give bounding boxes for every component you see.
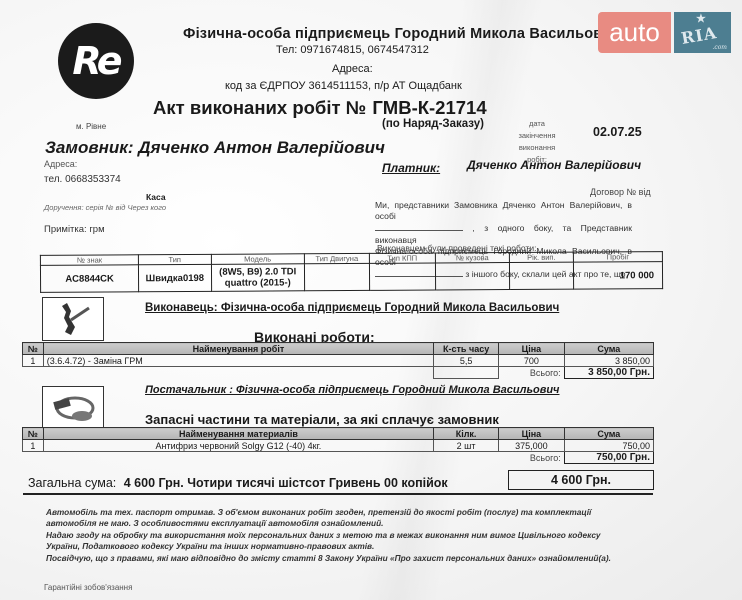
row-number: 1 <box>23 440 44 452</box>
works-total-label: Всього: <box>499 367 565 379</box>
works-header: К-сть часу <box>434 343 499 355</box>
works-header: Сума <box>564 343 653 355</box>
parts-header: Ціна <box>499 428 565 440</box>
year <box>509 262 573 289</box>
parts-total-row: Всього: 750,00 Грн. <box>23 452 654 464</box>
vehicle-header: Пробіг <box>573 252 662 263</box>
watermark-auto: auto <box>598 12 671 53</box>
customer-name: Замовник: Дяченко Антон Валерійович <box>45 138 385 158</box>
star-icon: ★ <box>696 12 706 25</box>
act-title-text: Акт виконаних робіт № <box>153 97 366 118</box>
act-number: ГМВ-К-21714 <box>372 97 486 118</box>
parts-header-row: № Найменування материалів Кілк. Ціна Сум… <box>23 428 654 440</box>
vehicle-model: (8W5, B9) 2.0 TDI quattro (2015-) <box>211 264 305 292</box>
table-row: 1 Антифриз червоний Solgy G12 (-40) 4кг.… <box>23 440 654 452</box>
vehicle-header: Тип <box>139 254 211 264</box>
body-number <box>435 263 509 290</box>
parts-header: Сума <box>564 428 653 440</box>
vehicle-header: Тип Двигуна <box>304 253 369 263</box>
customer-phone: тел. 0668353374 <box>44 174 121 185</box>
vehicle-type: Швидка0198 <box>139 264 212 291</box>
material-name: Антифриз червоний Solgy G12 (-40) 4кг. <box>43 440 433 452</box>
works-total-row: Всього: 3 850,00 Грн. <box>23 367 654 379</box>
payer-label: Платник: <box>382 161 440 175</box>
parts-total-label: Всього: <box>499 452 565 464</box>
disclaimer-line: Автомобіль та тех. паспорт отримав. З об… <box>46 507 654 518</box>
works-table: № Найменування робіт К-сть часу Ціна Сум… <box>22 342 654 379</box>
works-header: № <box>23 343 44 355</box>
sum: 3 850,00 <box>564 355 653 367</box>
payer-name: Дяченко Антон Валерійович <box>467 158 641 172</box>
city: м. Рівне <box>76 122 106 131</box>
autoria-watermark: auto ★ RIA .com <box>598 12 731 53</box>
grand-total-box: 4 600 Грн. <box>508 470 654 490</box>
disclaimer-line: Посвідчую, що з правами, які маю відпові… <box>46 553 654 564</box>
vehicle-header: № кузова <box>435 253 509 263</box>
supplier-line: Постачальник : Фізична-особа підприємець… <box>145 384 559 396</box>
plate-number: AC8844CK <box>40 265 138 293</box>
vehicle-header: Рік. вип. <box>509 252 573 262</box>
row-number: 1 <box>23 355 44 367</box>
price: 700 <box>499 355 565 367</box>
parts-header: Кілк. <box>434 428 499 440</box>
company-phones: Тел: 0971674815, 0674547312 <box>276 44 429 56</box>
vehicle-row: AC8844CK Швидка0198 (8W5, B9) 2.0 TDI qu… <box>40 262 662 293</box>
mileage: 170 000 <box>573 262 662 290</box>
parts-title: Запасні частини та матеріали, за які спл… <box>145 412 499 427</box>
watermark-domain: .com <box>712 44 727 51</box>
vehicle-header: № знак <box>40 255 138 266</box>
warranty-label: Гарантійні зобов'язання <box>44 583 132 592</box>
empty-cell <box>434 367 499 379</box>
act-title: Акт виконаних робіт №ГМВ-К-21714 <box>153 97 487 119</box>
work-name: (3.6.4.72) - Заміна ГРМ <box>43 355 433 367</box>
disclaimer: Автомобіль та тех. паспорт отримав. З об… <box>46 507 654 564</box>
engine-type <box>304 263 369 290</box>
company-logo: Re <box>58 23 134 99</box>
disclaimer-line: автомобіля не маю. З особливостями експл… <box>46 518 654 529</box>
table-row: 1 (3.6.4.72) - Заміна ГРМ 5,5 700 3 850,… <box>23 355 654 367</box>
grand-total-line: Загальна сума: 4 600 Грн. Чотири тисячі … <box>28 476 448 490</box>
company-name: Фізична-особа підприємець Городний Микол… <box>183 26 620 42</box>
wrench-jack-icon <box>42 297 104 341</box>
grand-total-underline <box>23 493 653 495</box>
gearbox-type <box>369 263 435 290</box>
contract-line-1: Ми, представники Замовника Дяченко Антон… <box>375 200 632 222</box>
parts-table: № Найменування материалів Кілк. Ціна Сум… <box>22 427 654 464</box>
works-header-row: № Найменування робіт К-сть часу Ціна Сум… <box>23 343 654 355</box>
company-address-label: Адреса: <box>332 63 373 75</box>
parts-header: Найменування материалів <box>43 428 433 440</box>
vehicle-header: Тип КПП <box>369 253 435 263</box>
works-header: Ціна <box>499 343 565 355</box>
price: 375,000 <box>499 440 565 452</box>
works-header: Найменування робіт <box>43 343 433 355</box>
order-reference: (по Наряд-Заказу) <box>382 118 484 130</box>
parts-icon <box>42 386 104 430</box>
parts-total: 750,00 Грн. <box>564 452 653 464</box>
grand-total-label: Загальна сума: <box>28 476 116 490</box>
grand-total-words: 4 600 Грн. Чотири тисячі шістсот Гривень… <box>124 476 448 490</box>
kasa-label: Каса <box>146 192 166 202</box>
disclaimer-line: України, Податкового кодексу України та … <box>46 541 654 552</box>
disclaimer-line: Надаю згоду на обробку та використання м… <box>46 530 654 541</box>
company-edrpou: код за ЄДРПОУ 3614511153, п/р АТ Ощадбан… <box>225 80 462 92</box>
vehicle-table: № знак Тип Модель Тип Двигуна Тип КПП № … <box>40 251 663 293</box>
executor-line: Виконавець: Фізична-особа підприємець Го… <box>145 302 559 314</box>
logo-text: Re <box>72 39 119 83</box>
parts-header: № <box>23 428 44 440</box>
contract-number: Договор № від <box>590 187 651 197</box>
note: Примітка: грм <box>44 224 105 235</box>
customer-address-label: Адреса: <box>44 159 77 169</box>
hours: 5,5 <box>434 355 499 367</box>
watermark-ria: ★ RIA .com <box>674 12 731 53</box>
power-of-attorney-line: Доручення: серія № від Через кого <box>44 203 166 212</box>
vehicle-header: Модель <box>211 254 304 265</box>
blank-line <box>375 222 463 231</box>
sum: 750,00 <box>564 440 653 452</box>
completion-date: 02.07.25 <box>593 125 642 139</box>
quantity: 2 шт <box>434 440 499 452</box>
works-total: 3 850,00 Грн. <box>564 367 653 379</box>
